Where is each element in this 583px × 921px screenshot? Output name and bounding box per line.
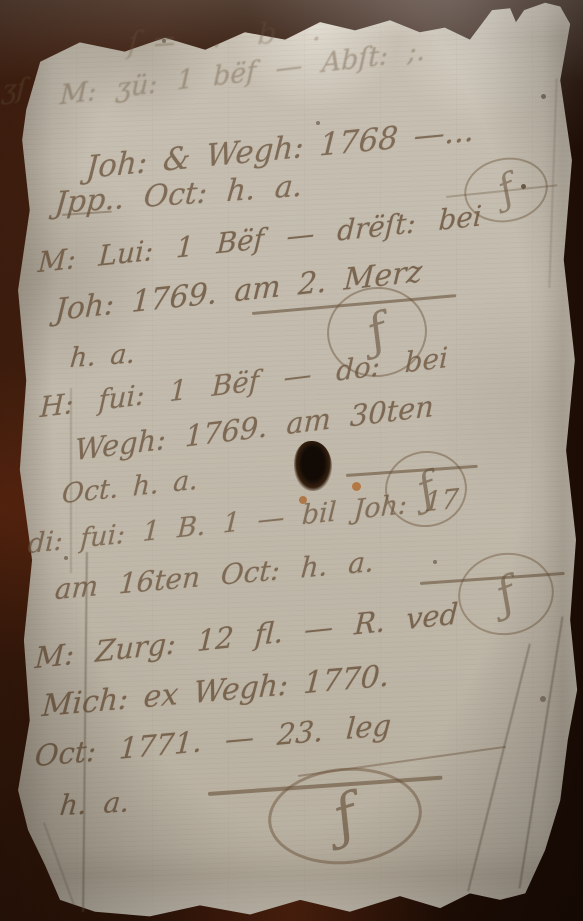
worm-hole	[294, 441, 332, 491]
rust-stain	[299, 496, 307, 504]
ink-speck	[316, 121, 320, 125]
handwritten-line: h. a.	[58, 785, 131, 822]
rust-stain	[352, 482, 361, 491]
handwritten-line: ʒſ	[1, 74, 27, 106]
ink-speck	[540, 696, 546, 702]
ink-speck	[433, 560, 437, 564]
paraph-glyph: ƒ	[360, 303, 394, 362]
ink-speck	[162, 39, 166, 43]
paraph-glyph: ƒ	[325, 780, 365, 851]
ink-speck	[541, 94, 546, 99]
photo-of-manuscript: ſ= . b . ʒſ M: ʒü: 1 bëf — Abſt: ;. Joh:…	[0, 0, 583, 921]
ink-speck	[64, 556, 68, 560]
ink-speck	[521, 184, 526, 189]
handwritten-line: h. a.	[69, 338, 137, 374]
